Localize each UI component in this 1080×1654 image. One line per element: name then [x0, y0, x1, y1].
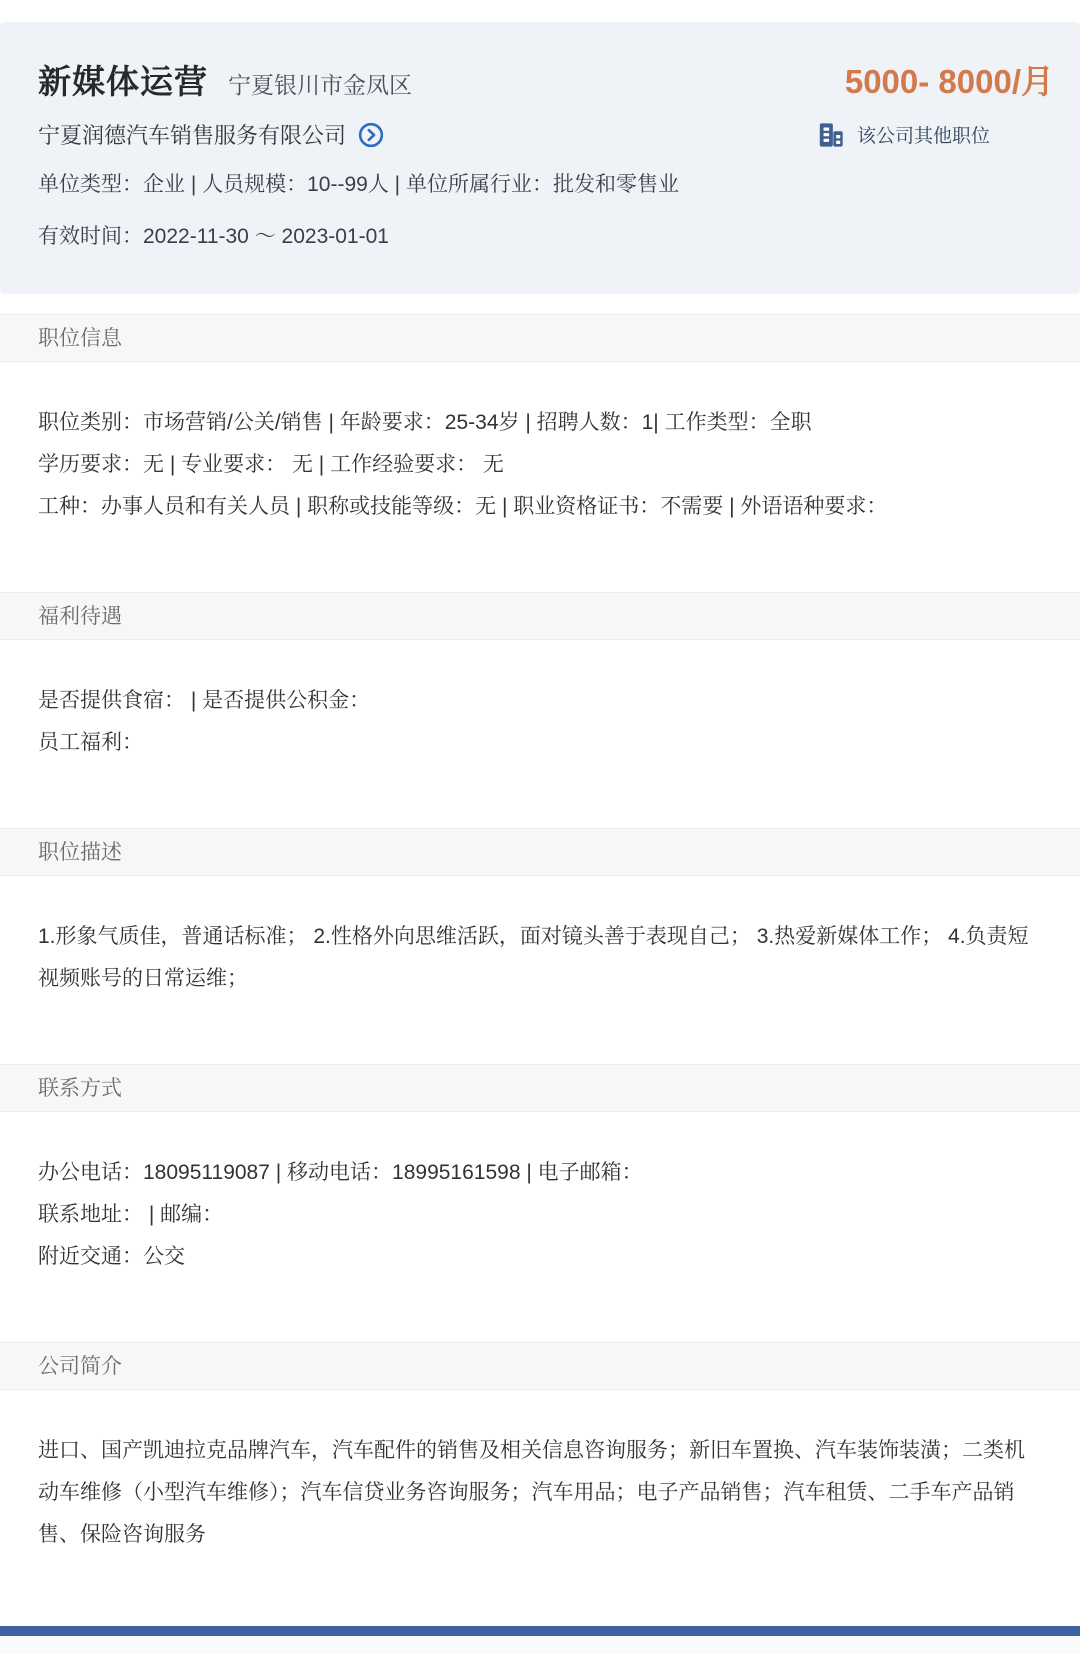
section-body-job-info: 职位类别：市场营销/公关/销售 | 年龄要求：25-34岁 | 招聘人数：1| … [0, 362, 1080, 572]
company-meta-line: 单位类型：企业 | 人员规模：10--99人 | 单位所属行业：批发和零售业 [38, 168, 1056, 198]
other-jobs-label: 该公司其他职位 [857, 121, 990, 148]
section-job-info: 职位信息 职位类别：市场营销/公关/销售 | 年龄要求：25-34岁 | 招聘人… [0, 314, 1080, 572]
company-link[interactable]: 宁夏润德汽车销售服务有限公司 [38, 119, 384, 150]
job-info-line: 工种：办事人员和有关人员 | 职称或技能等级：无 | 职业资格证书：不需要 | … [38, 486, 1042, 528]
section-company-profile: 公司简介 进口、国产凯迪拉克品牌汽车，汽车配件的销售及相关信息咨询服务；新旧车置… [0, 1342, 1080, 1600]
job-title: 新媒体运营 [38, 56, 208, 103]
section-benefits: 福利待遇 是否提供食宿： | 是否提供公积金： 员工福利： [0, 592, 1080, 808]
arrow-circle-icon[interactable] [358, 122, 384, 148]
section-job-description: 职位描述 1.形象气质佳，普通话标准； 2.性格外向思维活跃，面对镜头善于表现自… [0, 828, 1080, 1044]
footer-accent-bar [0, 1626, 1080, 1636]
contact-address-line: 联系地址： | 邮编： [38, 1194, 1042, 1236]
building-icon [817, 121, 845, 149]
contact-phones-line: 办公电话：18095119087 | 移动电话：18995161598 | 电子… [38, 1152, 1042, 1194]
section-title-job-info: 职位信息 [0, 314, 1080, 362]
section-contact: 联系方式 办公电话：18095119087 | 移动电话：18995161598… [0, 1064, 1080, 1322]
section-title-benefits: 福利待遇 [0, 592, 1080, 640]
other-jobs-link[interactable]: 该公司其他职位 [817, 121, 990, 149]
section-title-company-profile: 公司简介 [0, 1342, 1080, 1390]
benefits-line: 员工福利： [38, 722, 1042, 764]
company-row: 宁夏润德汽车销售服务有限公司 该公司其他职位 [38, 119, 1056, 150]
section-body-benefits: 是否提供食宿： | 是否提供公积金： 员工福利： [0, 640, 1080, 808]
contact-transit-line: 附近交通：公交 [38, 1236, 1042, 1278]
section-body-contact: 办公电话：18095119087 | 移动电话：18995161598 | 电子… [0, 1112, 1080, 1322]
job-description-text: 1.形象气质佳，普通话标准； 2.性格外向思维活跃，面对镜头善于表现自己； 3.… [38, 916, 1042, 1000]
validity-period-line: 有效时间：2022-11-30 ～ 2023-01-01 [38, 220, 1056, 250]
job-detail-page: 新媒体运营 宁夏银川市金凤区 5000- 8000/月 宁夏润德汽车销售服务有限… [0, 22, 1080, 1654]
title-row: 新媒体运营 宁夏银川市金凤区 5000- 8000/月 [38, 56, 1056, 103]
section-body-company-profile: 进口、国产凯迪拉克品牌汽车，汽车配件的销售及相关信息咨询服务；新旧车置换、汽车装… [0, 1390, 1080, 1600]
salary-range: 5000- 8000/月 [845, 56, 1056, 103]
job-info-line: 学历要求：无 | 专业要求： 无 | 工作经验要求： 无 [38, 444, 1042, 486]
section-title-job-description: 职位描述 [0, 828, 1080, 876]
company-profile-text: 进口、国产凯迪拉克品牌汽车，汽车配件的销售及相关信息咨询服务；新旧车置换、汽车装… [38, 1430, 1042, 1556]
benefits-line: 是否提供食宿： | 是否提供公积金： [38, 680, 1042, 722]
footer-below-area [0, 1636, 1080, 1654]
job-info-line: 职位类别：市场营销/公关/销售 | 年龄要求：25-34岁 | 招聘人数：1| … [38, 402, 1042, 444]
section-title-contact: 联系方式 [0, 1064, 1080, 1112]
footer-gap [0, 1600, 1080, 1626]
company-name: 宁夏润德汽车销售服务有限公司 [38, 119, 346, 150]
job-location: 宁夏银川市金凤区 [228, 67, 412, 103]
section-body-job-description: 1.形象气质佳，普通话标准； 2.性格外向思维活跃，面对镜头善于表现自己； 3.… [0, 876, 1080, 1044]
job-header-card: 新媒体运营 宁夏银川市金凤区 5000- 8000/月 宁夏润德汽车销售服务有限… [0, 22, 1080, 294]
